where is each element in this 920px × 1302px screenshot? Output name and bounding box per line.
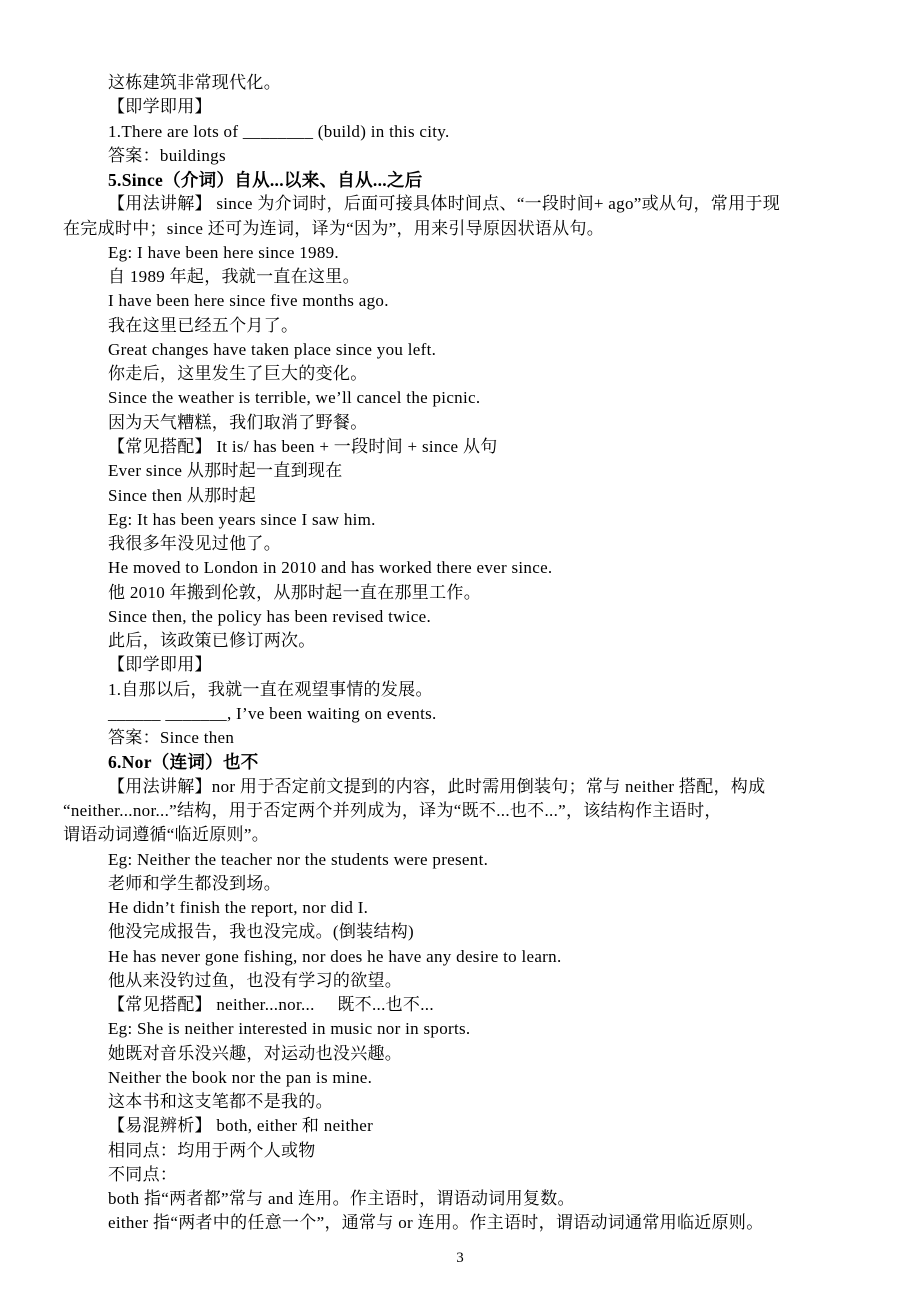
text-line: 答案：buildings bbox=[63, 144, 857, 168]
text-line: 我很多年没见过他了。 bbox=[63, 532, 857, 556]
text-line: Eg: Neither the teacher nor the students… bbox=[63, 848, 857, 872]
section-heading: 5.Since（介词）自从...以来、自从...之后 bbox=[63, 168, 857, 192]
text-line: Neither the book nor the pan is mine. bbox=[63, 1066, 857, 1090]
text-line: 【用法讲解】 since 为介词时，后面可接具体时间点、“一段时间+ ago”或… bbox=[63, 192, 857, 216]
text-line: 因为天气糟糕，我们取消了野餐。 bbox=[63, 411, 857, 435]
text-line: either 指“两者中的任意一个”，通常与 or 连用。作主语时，谓语动词通常… bbox=[63, 1211, 857, 1235]
text-line: 他从来没钓过鱼，也没有学习的欲望。 bbox=[63, 969, 857, 993]
text-line: 答案：Since then bbox=[63, 726, 857, 750]
text-line: He moved to London in 2010 and has worke… bbox=[63, 556, 857, 580]
text-line: 他 2010 年搬到伦敦，从那时起一直在那里工作。 bbox=[63, 581, 857, 605]
text-line: I have been here since five months ago. bbox=[63, 289, 857, 313]
text-line: Since then, the policy has been revised … bbox=[63, 605, 857, 629]
text-line: 老师和学生都没到场。 bbox=[63, 872, 857, 896]
text-line: Eg: It has been years since I saw him. bbox=[63, 508, 857, 532]
text-line: 【即学即用】 bbox=[63, 95, 857, 119]
text-line: 自 1989 年起，我就一直在这里。 bbox=[63, 265, 857, 289]
text-line: 【常见搭配】 It is/ has been + 一段时间 + since 从句 bbox=[63, 435, 857, 459]
text-line: Eg: I have been here since 1989. bbox=[63, 241, 857, 265]
text-line: 相同点：均用于两个人或物 bbox=[63, 1139, 857, 1163]
text-line: He didn’t finish the report, nor did I. bbox=[63, 896, 857, 920]
section-heading: 6.Nor（连词）也不 bbox=[63, 750, 857, 774]
document-lines: 这栋建筑非常现代化。【即学即用】1.There are lots of ____… bbox=[63, 71, 857, 1236]
text-line: 谓语动词遵循“临近原则”。 bbox=[63, 823, 857, 847]
text-line: 此后，该政策已修订两次。 bbox=[63, 629, 857, 653]
page-number: 3 bbox=[0, 1248, 920, 1268]
text-line: 你走后，这里发生了巨大的变化。 bbox=[63, 362, 857, 386]
text-line: 在完成时中；since 还可为连词，译为“因为”，用来引导原因状语从句。 bbox=[63, 217, 857, 241]
text-line: 我在这里已经五个月了。 bbox=[63, 314, 857, 338]
text-line: Great changes have taken place since you… bbox=[63, 338, 857, 362]
text-line: ______ _______, I’ve been waiting on eve… bbox=[63, 702, 857, 726]
text-line: 他没完成报告，我也没完成。(倒装结构) bbox=[63, 920, 857, 944]
text-line: He has never gone fishing, nor does he h… bbox=[63, 945, 857, 969]
text-line: 她既对音乐没兴趣，对运动也没兴趣。 bbox=[63, 1042, 857, 1066]
text-line: 不同点： bbox=[63, 1163, 857, 1187]
text-line: Ever since 从那时起一直到现在 bbox=[63, 459, 857, 483]
text-line: 1.There are lots of ________ (build) in … bbox=[63, 120, 857, 144]
text-line: Since the weather is terrible, we’ll can… bbox=[63, 386, 857, 410]
text-line: both 指“两者都”常与 and 连用。作主语时，谓语动词用复数。 bbox=[63, 1187, 857, 1211]
text-line: Since then 从那时起 bbox=[63, 484, 857, 508]
text-line: 【易混辨析】 both, either 和 neither bbox=[63, 1114, 857, 1138]
text-line: Eg: She is neither interested in music n… bbox=[63, 1017, 857, 1041]
text-line: 这本书和这支笔都不是我的。 bbox=[63, 1090, 857, 1114]
text-line: 1.自那以后，我就一直在观望事情的发展。 bbox=[63, 678, 857, 702]
text-line: “neither...nor...”结构，用于否定两个并列成为，译为“既不...… bbox=[63, 799, 857, 823]
document-page: 这栋建筑非常现代化。【即学即用】1.There are lots of ____… bbox=[0, 0, 920, 1302]
text-line: 【常见搭配】 neither...nor... 既不...也不... bbox=[63, 993, 857, 1017]
text-line: 【用法讲解】nor 用于否定前文提到的内容，此时需用倒装句；常与 neither… bbox=[63, 775, 857, 799]
text-line: 这栋建筑非常现代化。 bbox=[63, 71, 857, 95]
text-line: 【即学即用】 bbox=[63, 653, 857, 677]
